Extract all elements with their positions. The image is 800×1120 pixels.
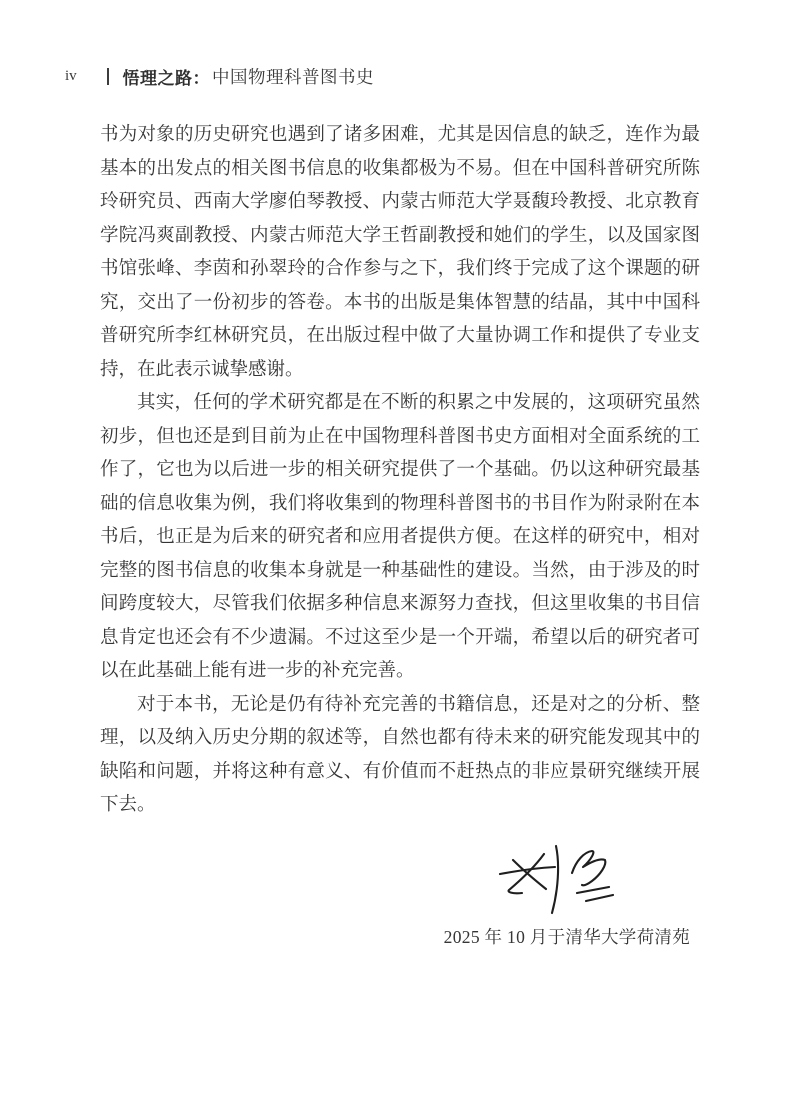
- text-line: 书后，也正是为后来的研究者和应用者提供方便。在这样的研究中，相对: [100, 521, 700, 555]
- text-line: 普研究所李红林研究员，在出版过程中做了大量协调工作和提供了专业支: [100, 320, 700, 354]
- header-divider: [107, 68, 109, 85]
- text-line: 基本的出发点的相关图书信息的收集都极为不易。但在中国科普研究所陈: [100, 153, 700, 187]
- date-place-line: 2025 年 10 月于清华大学荷清苑: [100, 924, 690, 949]
- signature-stroke: [586, 895, 613, 901]
- text-line: 缺陷和问题，并将这种有意义、有价值而不赶热点的非应景研究继续开展: [100, 756, 700, 790]
- text-line: 玲研究员、西南大学廖伯琴教授、内蒙古师范大学聂馥玲教授、北京教育: [100, 186, 700, 220]
- text-line: 间跨度较大，尽管我们依据多种信息来源努力查找，但这里收集的书目信: [100, 588, 700, 622]
- text-line: 其实，任何的学术研究都是在不断的积累之中发展的，这项研究虽然: [100, 387, 700, 421]
- text-line: 作了，它也为以后进一步的相关研究提供了一个基础。仍以这种研究最基: [100, 454, 700, 488]
- signature-stroke: [572, 851, 605, 885]
- book-title-sub: 中国物理科普图书史: [212, 64, 374, 89]
- text-line: 以在此基础上能有进一步的补充完善。: [100, 655, 700, 689]
- book-title-main: 悟理之路：: [123, 64, 211, 89]
- text-line: 理，以及纳入历史分期的叙述等，自然也都有待未来的研究能发现其中的: [100, 722, 700, 756]
- folio-number: iv: [65, 68, 85, 85]
- signature-stroke: [552, 846, 558, 913]
- signature-stroke: [513, 860, 546, 889]
- paragraph: 其实，任何的学术研究都是在不断的积累之中发展的，这项研究虽然初步，但也还是到目前…: [100, 387, 700, 689]
- text-line: 持，在此表示诚挚感谢。: [100, 354, 700, 388]
- text-line: 书为对象的历史研究也遇到了诸多困难，尤其是因信息的缺乏，连作为最: [100, 119, 700, 153]
- text-line: 学院冯爽副教授、内蒙古师范大学王哲副教授和她们的学生，以及国家图: [100, 220, 700, 254]
- paragraph: 对于本书，无论是仍有待补充完善的书籍信息，还是对之的分析、整理，以及纳入历史分期…: [100, 689, 700, 823]
- text-line: 究，交出了一份初步的答卷。本书的出版是集体智慧的结晶，其中中国科: [100, 287, 700, 321]
- text-line: 书馆张峰、李茵和孙翠玲的合作参与之下，我们终于完成了这个课题的研: [100, 253, 700, 287]
- text-line: 息肯定也还会有不少遗漏。不过这至少是一个开端，希望以后的研究者可: [100, 622, 700, 656]
- book-page: iv 悟理之路： 中国物理科普图书史 书为对象的历史研究也遇到了诸多困难，尤其是…: [0, 0, 800, 1120]
- text-line: 初步，但也还是到目前为止在中国物理科普图书史方面相对全面系统的工: [100, 421, 700, 455]
- preface-body: 书为对象的历史研究也遇到了诸多困难，尤其是因信息的缺乏，连作为最基本的出发点的相…: [100, 119, 700, 823]
- running-header: iv 悟理之路： 中国物理科普图书史: [65, 64, 374, 88]
- paragraph: 书为对象的历史研究也遇到了诸多困难，尤其是因信息的缺乏，连作为最基本的出发点的相…: [100, 119, 700, 387]
- text-line: 下去。: [100, 789, 700, 823]
- text-line: 对于本书，无论是仍有待补充完善的书籍信息，还是对之的分析、整: [100, 689, 700, 723]
- text-line: 完整的图书信息的收集本身就是一种基础性的建设。当然，由于涉及的时: [100, 555, 700, 589]
- handwritten-signature: [498, 843, 624, 921]
- signature-stroke: [577, 887, 609, 893]
- text-line: 础的信息收集为例，我们将收集到的物理科普图书的书目作为附录附在本: [100, 488, 700, 522]
